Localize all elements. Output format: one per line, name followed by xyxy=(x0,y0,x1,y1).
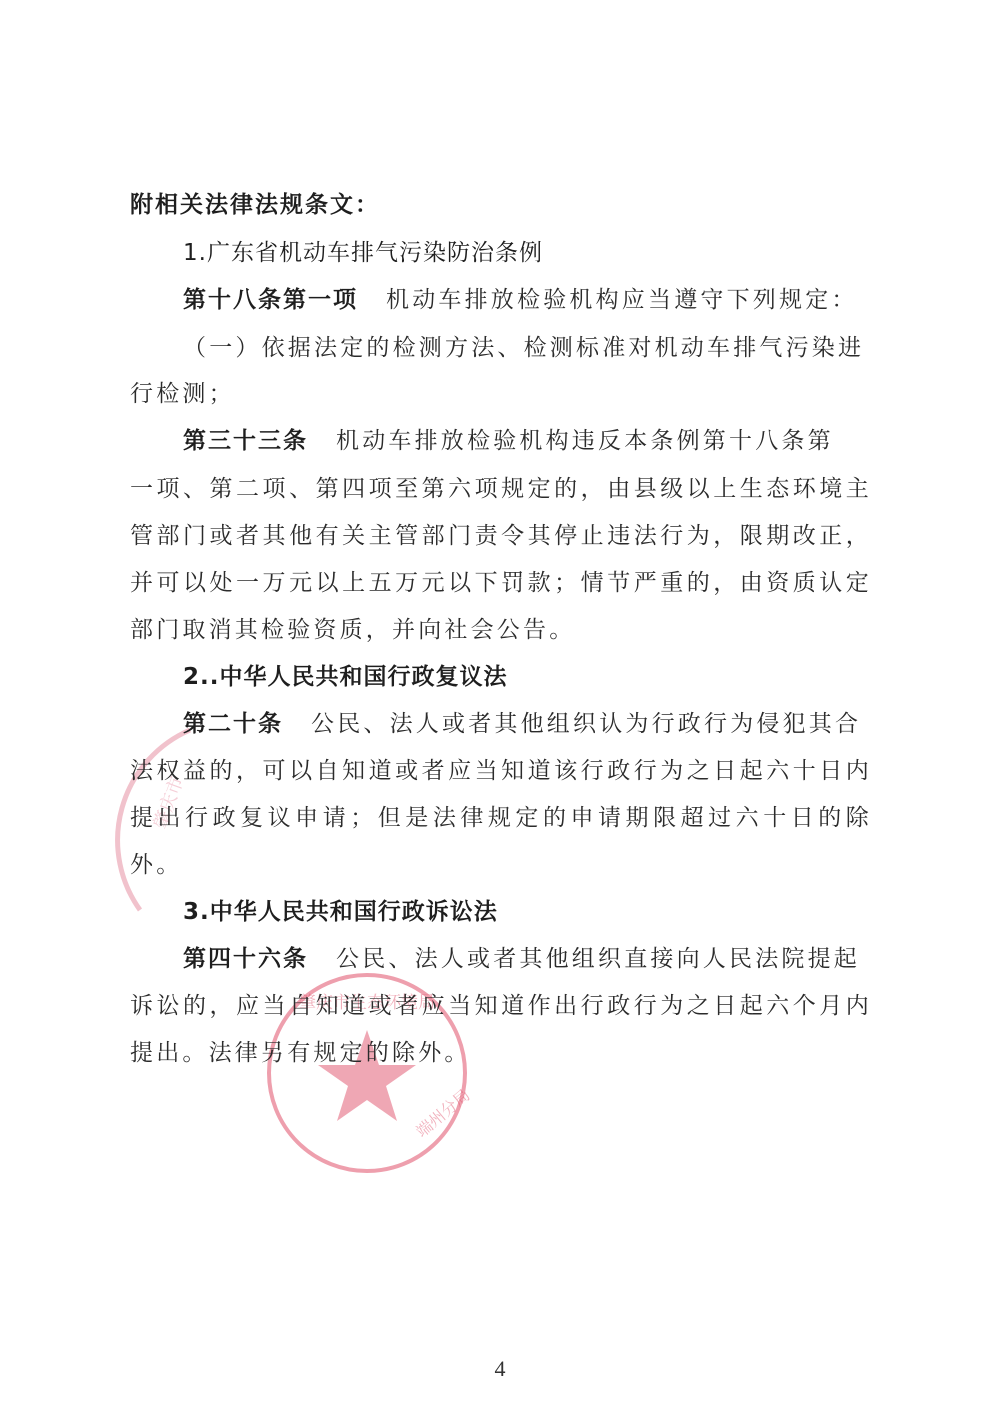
svg-text:端州分局: 端州分局 xyxy=(412,1085,472,1141)
article-46-line-2: 诉讼的，应当自知道或者应当知道作出行政行为之日起六个月内 xyxy=(130,991,872,1021)
article-label: 第四十六条 xyxy=(183,946,308,972)
article-20-line-2: 法权益的，可以自知道或者应当知道该行政行为之日起六十日内 xyxy=(130,756,872,786)
article-33-line-4: 并可以处一万元以上五万元以下罚款；情节严重的，由资质认定 xyxy=(130,568,872,598)
article-18-line-1: 第十八条第一项机动车排放检验机构应当遵守下列规定： xyxy=(183,285,858,315)
article-18-line-3: 行检测； xyxy=(130,379,235,409)
article-18-line-2: （一）依据法定的检测方法、检测标准对机动车排气污染进 xyxy=(183,333,864,363)
attachment-heading: 附相关法律法规条文： xyxy=(130,190,380,220)
section-title-1: 1.广东省机动车排气污染防治条例 xyxy=(183,238,543,268)
document-page: 肇庆市 肇庆市生态环境局 端州分局 附相关法律法规条文： 1.广东省机动车排气污… xyxy=(0,0,1000,1414)
page-number: 4 xyxy=(0,1356,1000,1382)
article-33-line-1: 第三十三条机动车排放检验机构违反本条例第十八条第 xyxy=(183,426,834,456)
article-label: 第十八条第一项 xyxy=(183,287,358,313)
article-20-line-4: 外。 xyxy=(130,850,182,880)
article-33-line-5: 部门取消其检验资质，并向社会公告。 xyxy=(130,615,575,645)
article-33-line-3: 管部门或者其他有关主管部门责令其停止违法行为，限期改正， xyxy=(130,521,872,551)
article-label: 第二十条 xyxy=(183,711,283,737)
section-title-3: 3.中华人民共和国行政诉讼法 xyxy=(183,897,498,927)
article-33-line-2: 一项、第二项、第四项至第六项规定的，由县级以上生态环境主 xyxy=(130,474,872,504)
article-46-line-1: 第四十六条公民、法人或者其他组织直接向人民法院提起 xyxy=(183,944,860,974)
article-20-line-1: 第二十条公民、法人或者其他组织认为行政行为侵犯其合 xyxy=(183,709,861,739)
article-46-line-3: 提出。法律另有规定的除外。 xyxy=(130,1038,471,1068)
article-20-line-3: 提出行政复议申请；但是法律规定的申请期限超过六十日的除 xyxy=(130,803,872,833)
article-label: 第三十三条 xyxy=(183,428,308,454)
section-title-2: 2..中华人民共和国行政复议法 xyxy=(183,662,507,692)
